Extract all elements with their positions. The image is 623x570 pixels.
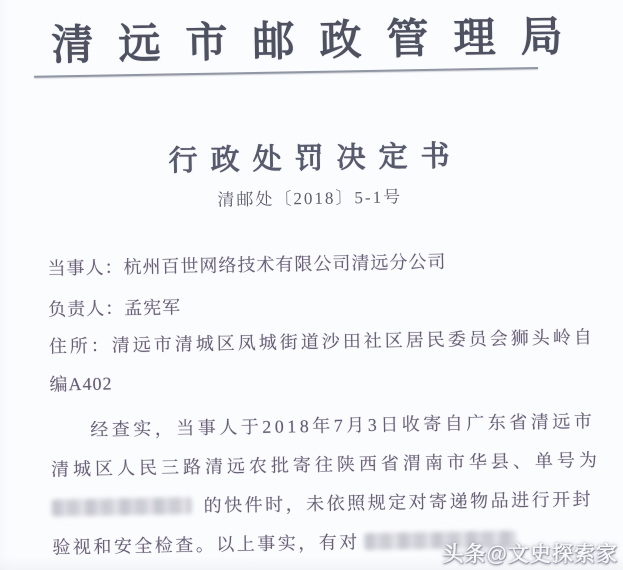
toutiao-watermark: 头条@文史探索家 xyxy=(443,538,618,568)
party-line: 当事人：杭州百世网络技术有限公司清远分公司 xyxy=(47,248,446,281)
address-line-1: 住所：清远市清城区凤城街道沙田社区居民委员会狮头岭自 xyxy=(49,323,595,359)
facts-line-3: 的快件时，未依照规定对寄递物品进行开封 xyxy=(51,485,593,520)
facts-line-2: 清城区人民三路清远农批寄往陕西省渭南市华县、单号为 xyxy=(51,446,601,482)
principal-line: 负责人：孟宪军 xyxy=(48,293,181,321)
redacted-tracking-number xyxy=(52,497,192,516)
address-line-2: 编A402 xyxy=(49,369,112,396)
document-scan: 清远市邮政管理局 行政处罚决定书 清邮处〔2018〕5-1号 当事人：杭州百世网… xyxy=(0,0,623,570)
facts-line-4-text: 验视和安全检查。以上事实，有对 xyxy=(52,532,360,557)
document-title: 行政处罚决定书 xyxy=(0,131,621,183)
document-number: 清邮处〔2018〕5-1号 xyxy=(0,179,621,215)
scanned-document-page: 清远市邮政管理局 行政处罚决定书 清邮处〔2018〕5-1号 当事人：杭州百世网… xyxy=(0,0,623,570)
facts-line-3-text: 的快件时，未依照规定对寄递物品进行开封 xyxy=(203,489,593,516)
agency-letterhead: 清远市邮政管理局 xyxy=(0,3,619,74)
facts-line-1: 经查实，当事人于2018年7月3日收寄自广东省清远市 xyxy=(90,407,595,442)
